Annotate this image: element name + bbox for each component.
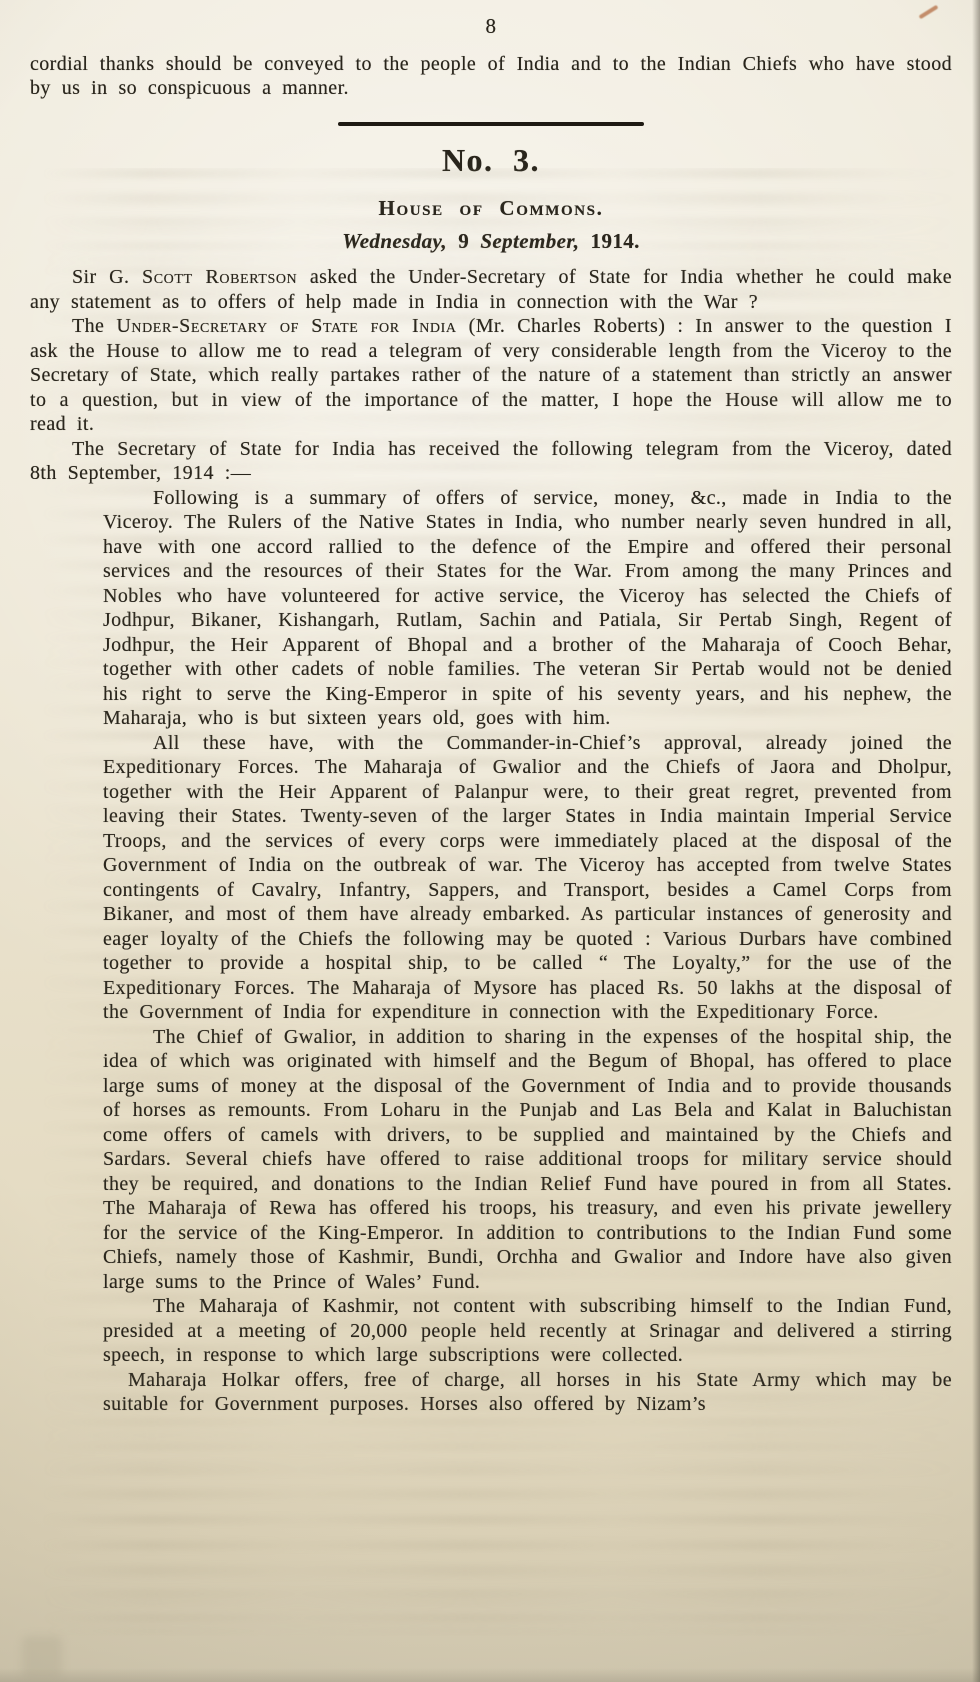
section-number-heading: No. 3. xyxy=(30,142,952,178)
telegram-block: Following is a summary of offers of serv… xyxy=(103,486,952,1417)
question-lead-text: Sir G. xyxy=(72,266,142,288)
telegram-paragraph-2: All these have, with the Commander-in-Ch… xyxy=(103,731,952,1025)
day-text: 9 xyxy=(458,229,469,253)
member-name: Scott Robertson xyxy=(142,266,297,288)
house-of-commons-heading: House of Commons. xyxy=(30,195,952,221)
bottom-left-smudge xyxy=(22,1636,62,1678)
sitting-dateline: Wednesday, 9 September, 1914. xyxy=(30,227,952,255)
minister-title: Under-Secretary of State for India xyxy=(116,315,456,337)
telegram-paragraph-4: The Maharaja of Kashmir, not content wit… xyxy=(103,1294,952,1368)
telegram-paragraph-1: Following is a summary of offers of serv… xyxy=(103,486,952,731)
text-column: 8 cordial thanks should be conveyed to t… xyxy=(30,0,952,1417)
bottom-edge-shadow xyxy=(0,1668,980,1682)
month-text: September, xyxy=(480,229,579,253)
telegram-paragraph-5: Maharaja Holkar offers, free of charge, … xyxy=(103,1368,952,1417)
year-text: 1914. xyxy=(591,229,640,253)
answer-lead-text: The xyxy=(72,315,116,337)
continuation-paragraph: cordial thanks should be conveyed to the… xyxy=(30,52,952,101)
scanned-document-page: 8 cordial thanks should be conveyed to t… xyxy=(0,0,980,1682)
right-edge-shadow xyxy=(972,0,980,1682)
question-paragraph: Sir G. Scott Robertson asked the Under-S… xyxy=(30,265,952,314)
answer-paragraph: The Under-Secretary of State for India (… xyxy=(30,314,952,437)
telegram-paragraph-3: The Chief of Gwalior, in addition to sha… xyxy=(103,1025,952,1295)
page-number: 8 xyxy=(30,14,952,39)
weekday-text: Wednesday, xyxy=(342,229,447,253)
section-divider-rule xyxy=(338,122,644,127)
telegram-intro-paragraph: The Secretary of State for India has rec… xyxy=(30,437,952,486)
